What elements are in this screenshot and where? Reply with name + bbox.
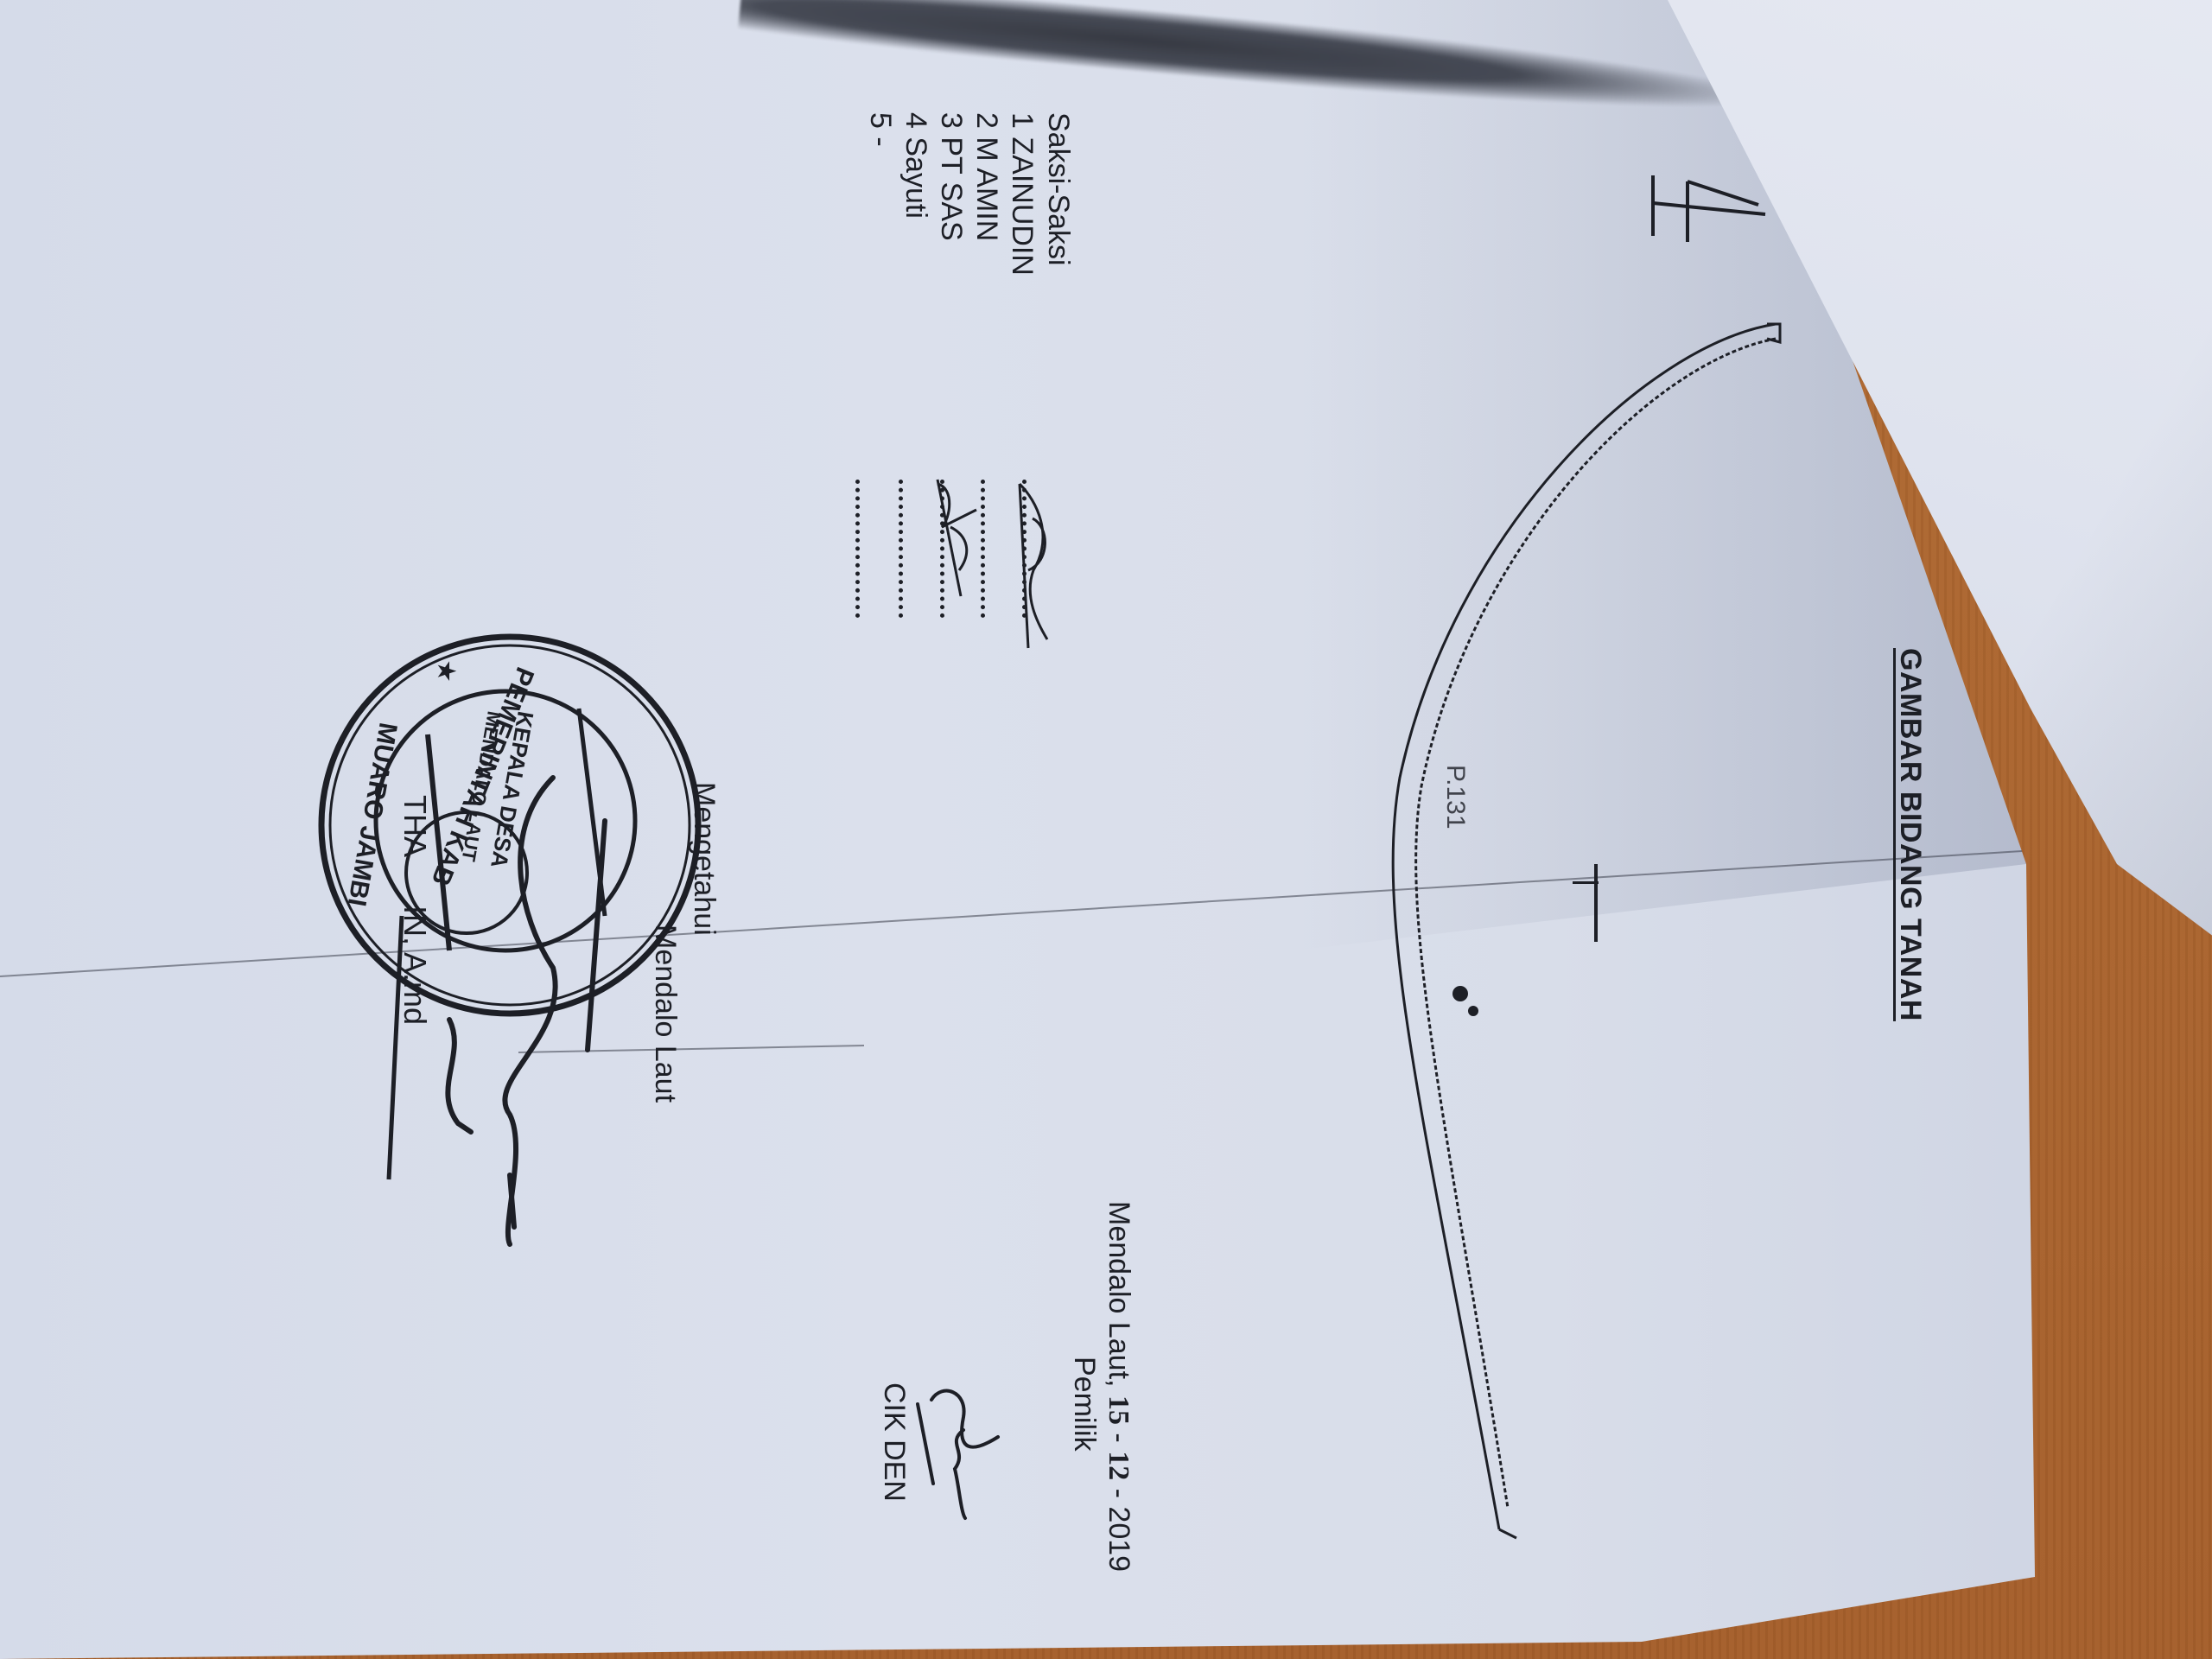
owner-label: Pemilik xyxy=(1067,1357,1102,1452)
witness-signature-line-5 xyxy=(855,480,860,618)
witness-signature-line-2 xyxy=(981,480,985,618)
official-name: THAMRIN, A.md xyxy=(397,795,432,1025)
witnesses-heading: Saksi-Saksi xyxy=(1041,112,1076,266)
place-label: Mendalo Laut, xyxy=(1103,1201,1135,1388)
witness-item-1: 1 ZAINUDIN xyxy=(1005,112,1039,276)
owner-signature xyxy=(918,1391,998,1518)
plot-annotation-marks xyxy=(1452,864,1599,1016)
witness-signature-line-3 xyxy=(940,480,944,618)
acknowledgement-label: Mengetahui xyxy=(687,782,721,936)
date-day: 15 xyxy=(1103,1395,1135,1425)
svg-text:MUARO JAMBI: MUARO JAMBI xyxy=(342,721,403,908)
north-arrow-icon xyxy=(1653,175,1765,242)
place-date: Mendalo Laut, 15 - 12 - 2019 xyxy=(1101,1201,1136,1572)
witness-item-3: 3 PT SAS xyxy=(934,112,969,241)
date-month: 12 xyxy=(1103,1451,1135,1480)
stamp-star-icon: ★ xyxy=(434,661,460,682)
witness-item-5: 5 - xyxy=(863,112,898,147)
fold-lines xyxy=(0,851,2022,1052)
date-sep-2: - xyxy=(1103,1489,1135,1498)
document-title: GAMBAR BIDANG TANAH xyxy=(1893,648,1927,1021)
date-sep-1: - xyxy=(1103,1433,1135,1442)
plot-annotation-text: P.131 xyxy=(1441,765,1470,829)
land-plot-outline xyxy=(1393,324,1780,1538)
witness-item-4: 4 Sayuti xyxy=(899,112,933,219)
witness-signature-line-4 xyxy=(899,480,903,618)
acknowledgement-village: Mendalo Laut xyxy=(648,925,683,1103)
owner-name: CIK DEN xyxy=(877,1382,912,1502)
witness-signature-line-1 xyxy=(1022,480,1027,618)
date-year: 2019 xyxy=(1103,1506,1135,1572)
witness-item-2: 2 M AMIN xyxy=(969,112,1004,241)
